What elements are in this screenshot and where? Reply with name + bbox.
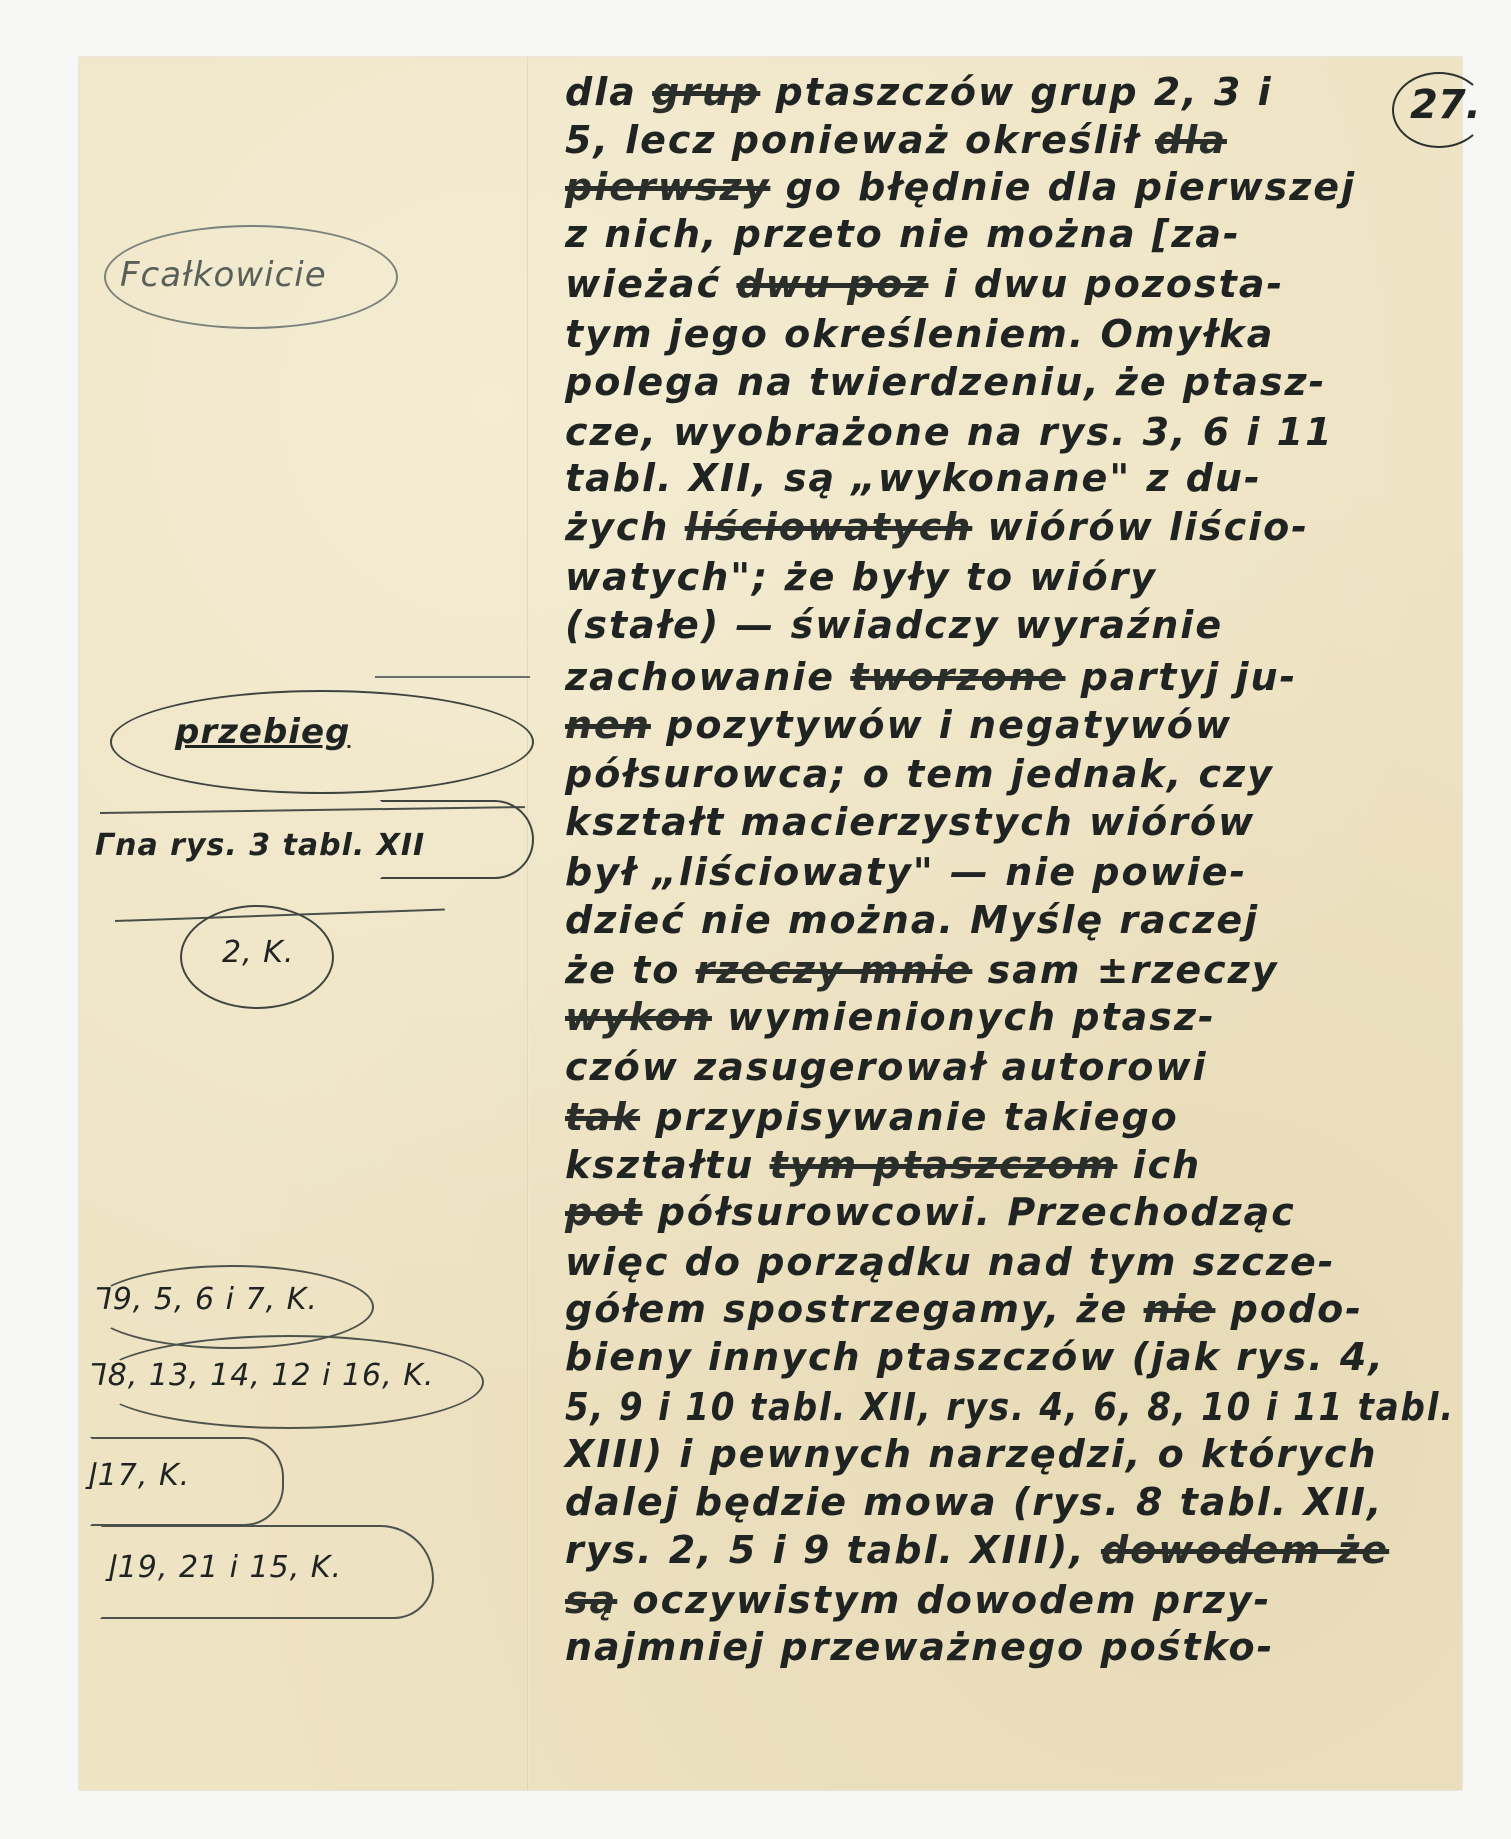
line-text: 5, 9 i 10 tabl. XII, rys. 4, 6, 8, 10 i …: [565, 1385, 1455, 1429]
struck-text: pot: [565, 1190, 642, 1234]
line-text: że to: [565, 948, 696, 992]
line-text: polega na twierdzeniu, że ptasz-: [565, 360, 1326, 404]
fold-line: [527, 57, 529, 1790]
line-text: 5, lecz ponieważ określił: [565, 118, 1155, 162]
line-text: czów zasugerował autorowi: [565, 1045, 1208, 1089]
line-text: z nich, przeto nie można: [565, 212, 1152, 256]
struck-text: dowodem że: [1101, 1528, 1389, 1572]
line-text: gółem spostrzegamy, że: [565, 1287, 1144, 1331]
margin-note-na-rys-3: Γna rys. 3 tabl. XII: [95, 828, 425, 863]
manuscript-line: nen pozytywów i negatywów: [565, 703, 1232, 747]
manuscript-line: najmniej przeważnego pośtko-: [565, 1625, 1274, 1669]
struck-text: tym ptaszczom: [770, 1143, 1118, 1187]
manuscript-line: zachowanie tworzone partyj ju-: [565, 655, 1297, 699]
line-text: kształt macierzystych wiórów: [565, 800, 1255, 844]
margin-note-2k: 2, K.: [222, 935, 294, 970]
manuscript-line: czów zasugerował autorowi: [565, 1045, 1208, 1089]
line-text-rest: półsurowcowi. Przechodząc: [642, 1190, 1295, 1234]
manuscript-line: gółem spostrzegamy, że nie podo-: [565, 1287, 1363, 1331]
line-text: więc do porządku nad tym szcze-: [565, 1240, 1336, 1284]
manuscript-line: XIII) i pewnych narzędzi, o których: [565, 1432, 1378, 1476]
page-number: 27.: [1410, 82, 1481, 128]
line-text: watych"; że były to wióry: [565, 555, 1157, 599]
line-text: XIII) i pewnych narzędzi, o których: [565, 1432, 1378, 1476]
line-text: dalej będzie mowa (rys. 8 tabl. XII,: [565, 1480, 1383, 1524]
line-text-rest: ich: [1117, 1143, 1201, 1187]
line-text-rest: podo-: [1215, 1287, 1363, 1331]
struck-text: tak: [565, 1095, 640, 1139]
manuscript-line: był „liściowaty" — nie powie-: [565, 850, 1247, 894]
manuscript-line: watych"; że były to wióry: [565, 555, 1157, 599]
struck-text: grup: [652, 70, 760, 114]
margin-note-9-5-6-7: ⅂9, 5, 6 i 7, K.: [95, 1282, 318, 1317]
struck-text: dla: [1155, 118, 1227, 162]
manuscript-line: tabl. XII, są „wykonane" z du-: [565, 456, 1262, 500]
manuscript-line: półsurowca; o tem jednak, czy: [565, 752, 1274, 796]
line-text: półsurowca; o tem jednak, czy: [565, 752, 1274, 796]
manuscript-line: kształtu tym ptaszczom ich: [565, 1143, 1201, 1187]
manuscript-line: wieżać dwu poz i dwu pozosta-: [565, 262, 1284, 306]
line-text: najmniej przeważnego pośtko-: [565, 1625, 1274, 1669]
struck-text: dwu poz: [736, 262, 928, 306]
margin-divider-top: [375, 676, 530, 678]
struck-text: nie: [1144, 1287, 1216, 1331]
manuscript-line: pierwszy go błędnie dla pierwszej: [565, 165, 1356, 209]
line-text-rest: przypisywanie takiego: [640, 1095, 1179, 1139]
line-text: był „liściowaty" — nie powie-: [565, 850, 1247, 894]
manuscript-line: są oczywistym dowodem przy-: [565, 1578, 1271, 1622]
line-text: tym jego określeniem. Omyłka: [565, 312, 1274, 356]
line-text-rest: oczywistym dowodem przy-: [617, 1578, 1271, 1622]
line-text: dla: [565, 70, 652, 114]
line-text-rest: go błędnie dla pierwszej: [770, 165, 1356, 209]
line-text-rest: ptaszczów grup 2, 3 i: [760, 70, 1272, 114]
line-text: rys. 2, 5 i 9 tabl. XIII),: [565, 1528, 1101, 1572]
manuscript-line: rys. 2, 5 i 9 tabl. XIII), dowodem że: [565, 1528, 1389, 1572]
margin-note-19-21-15: ⌋19, 21 i 15, K.: [105, 1550, 342, 1585]
struck-text: tworzone: [850, 655, 1065, 699]
line-text-rest: [za-: [1152, 212, 1241, 256]
line-text-rest: pozytywów i negatywów: [651, 703, 1232, 747]
manuscript-line: polega na twierdzeniu, że ptasz-: [565, 360, 1326, 404]
line-text: żych: [565, 505, 685, 549]
manuscript-line: 5, 9 i 10 tabl. XII, rys. 4, 6, 8, 10 i …: [565, 1385, 1455, 1429]
manuscript-line: 5, lecz ponieważ określił dla: [565, 118, 1227, 162]
manuscript-line: cze, wyobrażone na rys. 3, 6 i 11: [565, 410, 1334, 454]
manuscript-line: żych liściowatych wiórów liścio-: [565, 505, 1309, 549]
manuscript-line: dla grup ptaszczów grup 2, 3 i: [565, 70, 1273, 114]
line-text-rest: wymienionych ptasz-: [712, 995, 1216, 1039]
line-text: cze, wyobrażone na rys. 3, 6 i 11: [565, 410, 1334, 454]
struck-text: nen: [565, 703, 651, 747]
line-text-rest: partyj ju-: [1065, 655, 1297, 699]
manuscript-line: dzieć nie można. Myślę raczej: [565, 898, 1259, 942]
margin-note-17: ⌋17, K.: [85, 1458, 190, 1493]
line-text: zachowanie: [565, 655, 850, 699]
manuscript-line: że to rzeczy mnie sam ±rzeczy: [565, 948, 1279, 992]
manuscript-line: dalej będzie mowa (rys. 8 tabl. XII,: [565, 1480, 1383, 1524]
manuscript-line: tym jego określeniem. Omyłka: [565, 312, 1274, 356]
line-text-rest: i dwu pozosta-: [928, 262, 1284, 306]
line-text-rest: wiórów liścio-: [972, 505, 1309, 549]
line-text-rest: sam ±rzeczy: [972, 948, 1278, 992]
manuscript-line: kształt macierzystych wiórów: [565, 800, 1255, 844]
manuscript-line: bieny innych ptaszczów (jak rys. 4,: [565, 1335, 1385, 1379]
struck-text: wykon: [565, 995, 712, 1039]
struck-text: są: [565, 1578, 617, 1622]
line-text: bieny innych ptaszczów (jak rys. 4,: [565, 1335, 1385, 1379]
manuscript-line: (stałe) — świadczy wyraźnie: [565, 603, 1223, 647]
line-text: dzieć nie można. Myślę raczej: [565, 898, 1259, 942]
manuscript-line: więc do porządku nad tym szcze-: [565, 1240, 1336, 1284]
margin-note-przebieg: przebieg: [175, 712, 350, 752]
manuscript-line: pot półsurowcowi. Przechodząc: [565, 1190, 1296, 1234]
manuscript-line: tak przypisywanie takiego: [565, 1095, 1179, 1139]
struck-text: rzeczy mnie: [696, 948, 973, 992]
margin-note-8-13-14-12-16: ⅂8, 13, 14, 12 i 16, K.: [90, 1358, 434, 1393]
line-text: (stałe) — świadczy wyraźnie: [565, 603, 1223, 647]
manuscript-line: wykon wymienionych ptasz-: [565, 995, 1216, 1039]
struck-text: pierwszy: [565, 165, 770, 209]
line-text: kształtu: [565, 1143, 770, 1187]
margin-note-calkowicie: Fcałkowicie: [120, 255, 327, 295]
line-text: wieżać: [565, 262, 736, 306]
struck-text: liściowatych: [685, 505, 973, 549]
manuscript-line: z nich, przeto nie można [za-: [565, 212, 1241, 256]
line-text: tabl. XII, są „wykonane" z du-: [565, 456, 1262, 500]
